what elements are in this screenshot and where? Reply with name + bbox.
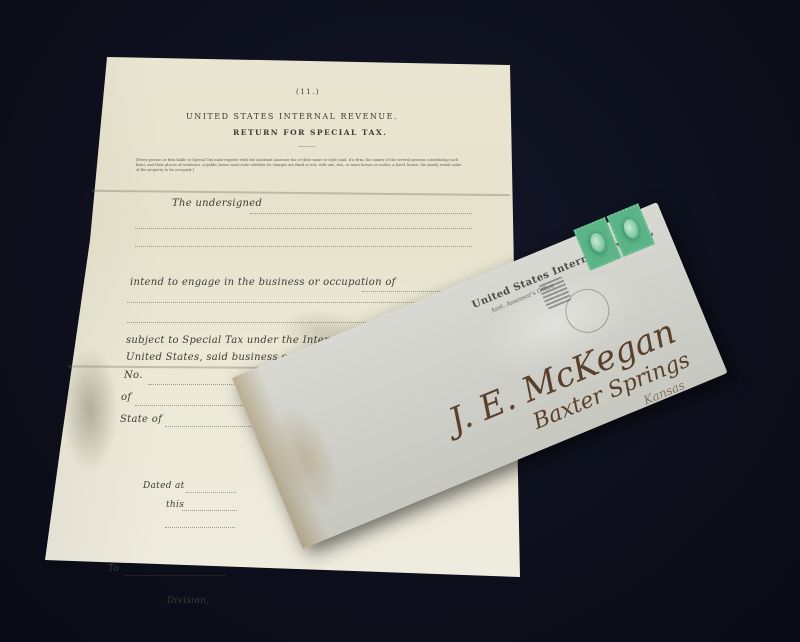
envelope-torn-edge (232, 367, 329, 549)
title-divider: ——— (298, 143, 316, 150)
washington-portrait-icon (621, 217, 642, 241)
washington-portrait-icon (588, 231, 609, 255)
label-state: State of (120, 414, 162, 425)
label-no: No. (124, 370, 143, 381)
to-line (125, 575, 225, 576)
label-to: To (108, 564, 119, 574)
undersigned-line-3 (135, 246, 472, 247)
form-instructions: [Every person or firm liable to Special … (136, 158, 466, 173)
form-title: RETURN FOR SPECIAL TAX. (233, 128, 387, 137)
label-division: Division, (167, 596, 209, 606)
label-dated-at: Dated at (143, 481, 185, 491)
dated-line (186, 492, 236, 493)
agency-title: UNITED STATES INTERNAL REVENUE. (186, 112, 398, 121)
undersigned-line (250, 213, 472, 214)
fold-line-upper (92, 190, 510, 196)
label-undersigned: The undersigned (172, 198, 262, 209)
form-number: (11.) (296, 88, 320, 96)
envelope: United States Internal Revenue, Asst. As… (232, 202, 728, 549)
label-intend: intend to engage in the business or occu… (130, 277, 396, 288)
label-of: of (121, 392, 131, 403)
undersigned-line-2 (135, 228, 472, 229)
label-this: this (166, 500, 184, 510)
date-line-3 (165, 527, 235, 528)
this-line (182, 510, 237, 511)
